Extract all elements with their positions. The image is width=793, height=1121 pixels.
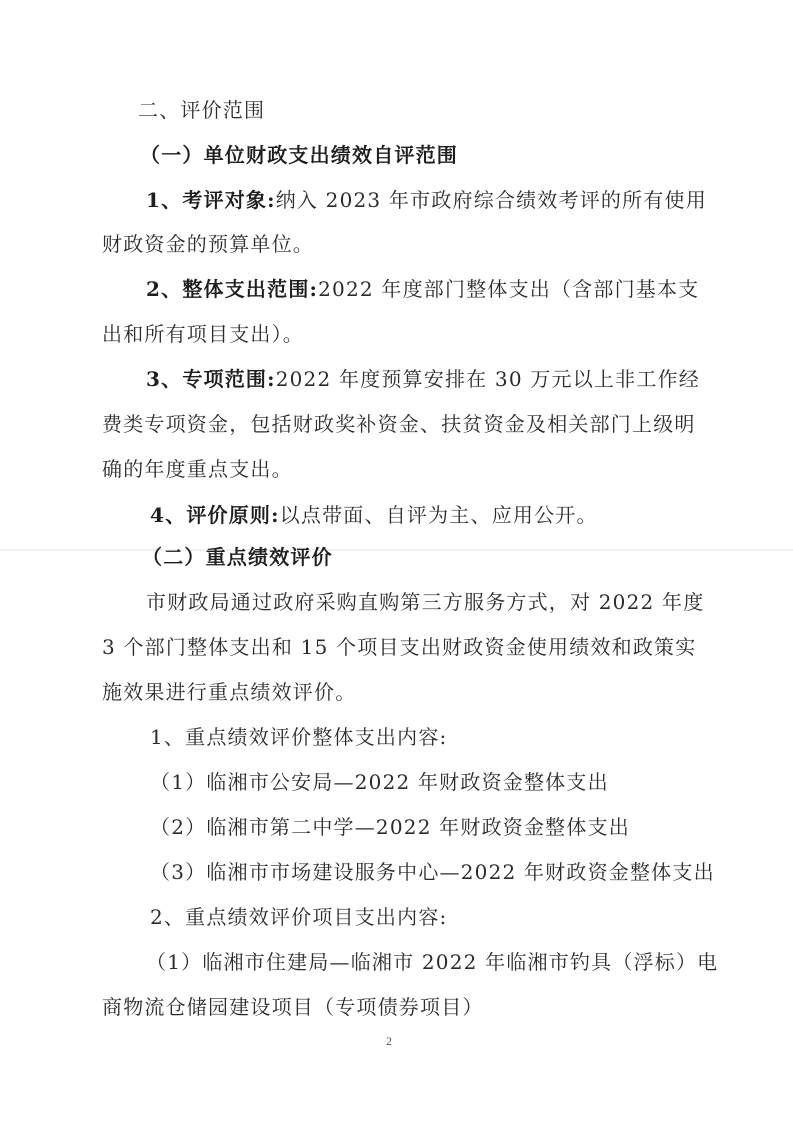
subsection-2-intro-line-3: 施效果进行重点绩效评价。 [102,679,682,705]
subsection-2-intro-line-1: 市财政局通过政府采购直购第三方服务方式，对 2022 年度 [146,589,726,615]
project-item-1-line-1: （1）临湘市住建局—临湘市 2022 年临湘市钓具（浮标）电 [146,949,726,975]
item-3-line-1: 3、专项范围:2022 年度预算安排在 30 万元以上非工作经 [146,366,726,392]
item-1-line-2: 财政资金的预算单位。 [102,231,682,257]
item-2-label: 2、整体支出范围: [146,277,318,301]
overall-item-2: （2）临湘市第二中学—2022 年财政资金整体支出 [150,814,730,840]
item-4-label: 4、评价原则: [150,503,280,527]
overall-expenditure-heading: 1、重点绩效评价整体支出内容: [150,724,730,750]
subsection-2-intro-line-2: 3 个部门整体支出和 15 个项目支出财政资金使用绩效和政策实 [102,634,682,660]
item-2-line-1: 2、整体支出范围:2022 年度部门整体支出（含部门基本支 [146,276,726,302]
section-heading: 二、评价范围 [138,97,718,123]
item-1-label: 1、考评对象: [146,188,276,212]
item-4-text: 以点带面、自评为主、应用公开。 [280,503,598,527]
subsection-1-heading: （一）单位财政支出绩效自评范围 [140,142,720,168]
item-3-line-2: 费类专项资金，包括财政奖补资金、扶贫资金及相关部门上级明 [102,411,682,437]
page-number: 2 [386,1034,392,1049]
project-expenditure-heading: 2、重点绩效评价项目支出内容: [150,904,730,930]
project-item-1-line-2: 商物流仓储园建设项目（专项债券项目） [102,994,682,1020]
item-3-text: 2022 年度预算安排在 30 万元以上非工作经 [276,367,700,391]
item-2-text: 2022 年度部门整体支出（含部门基本支 [318,277,699,301]
item-2-line-2: 出和所有项目支出）。 [102,321,682,347]
overall-item-1: （1）临湘市公安局—2022 年财政资金整体支出 [150,769,730,795]
overall-item-3: （3）临湘市市场建设服务中心—2022 年财政资金整体支出 [150,859,730,885]
subsection-2-heading: （二）重点绩效评价 [142,544,722,570]
item-3-line-3: 确的年度重点支出。 [102,456,682,482]
item-1-text: 纳入 2023 年市政府综合绩效考评的所有使用 [276,188,707,212]
document-page: 二、评价范围 （一）单位财政支出绩效自评范围 1、考评对象:纳入 2023 年市… [0,0,793,1121]
item-4-line-1: 4、评价原则:以点带面、自评为主、应用公开。 [150,502,730,528]
item-3-label: 3、专项范围: [146,367,276,391]
item-1-line-1: 1、考评对象:纳入 2023 年市政府综合绩效考评的所有使用 [146,187,726,213]
